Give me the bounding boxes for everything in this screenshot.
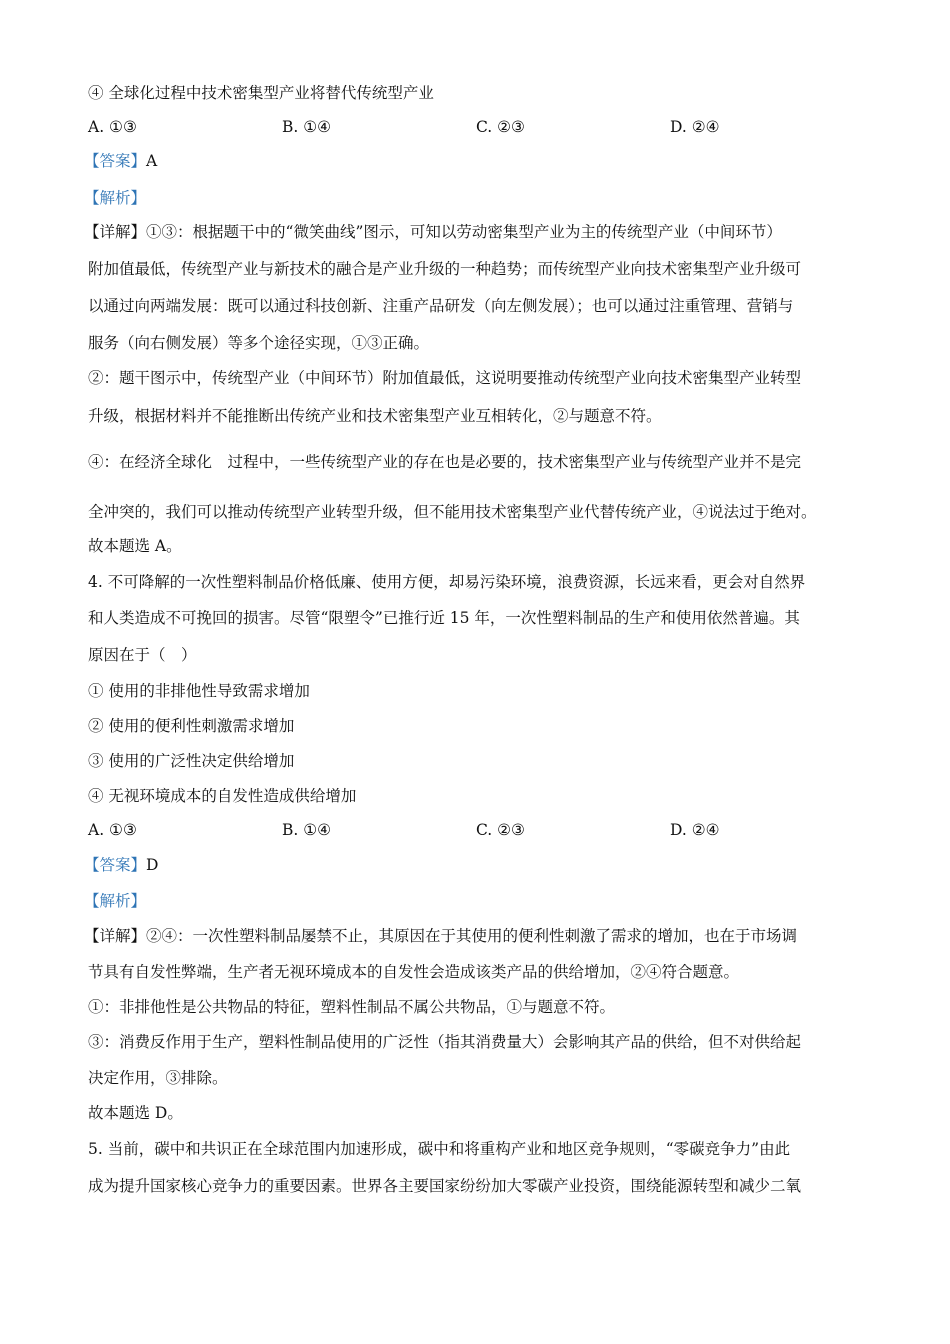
q3-choice-b: B. ①④ (282, 117, 331, 137)
q4-detail-line-3: ①：非排他性是公共物品的特征，塑料性制品不属公共物品，①与题意不符。 (88, 997, 615, 1017)
answer-value: D (146, 856, 158, 874)
q4-choice-b: B. ①④ (282, 820, 331, 840)
q3-choice-a: A. ①③ (88, 117, 137, 137)
answer-label: 【答案】 (84, 856, 146, 874)
q3-answer: 【答案】A (84, 151, 157, 171)
q3-detail-line-4: 服务（向右侧发展）等多个途径实现，①③正确。 (88, 333, 429, 353)
q4-choice-c: C. ②③ (476, 820, 525, 840)
q4-option-3: ③ 使用的广泛性决定供给增加 (88, 751, 294, 771)
q4-stem-line-3: 原因在于（ ） (88, 645, 197, 665)
q4-stem-line-2: 和人类造成不可挽回的损害。尽管“限塑令”已推行近 15 年，一次性塑料制品的生产… (88, 608, 800, 628)
q3-detail-line-2: 附加值最低，传统型产业与新技术的融合是产业升级的一种趋势；而传统型产业向技术密集… (88, 259, 801, 279)
q4-analysis-label: 【解析】 (84, 891, 146, 911)
analysis-label: 【解析】 (84, 189, 146, 207)
q4-option-2: ② 使用的便利性刺激需求增加 (88, 716, 294, 736)
answer-label: 【答案】 (84, 152, 146, 170)
detail-text: ①③：根据题干中的“微笑曲线”图示，可知以劳动密集型产业为主的传统型产业（中间环… (146, 223, 782, 241)
q3-choice-c: C. ②③ (476, 117, 525, 137)
q4-conclusion: 故本题选 D。 (88, 1103, 183, 1123)
q4-answer: 【答案】D (84, 855, 158, 875)
detail-text: ②④：一次性塑料制品屡禁不止，其原因在于其使用的便利性刺激了需求的增加，也在于市… (146, 927, 797, 945)
q3-detail-line-3: 以通过向两端发展：既可以通过科技创新、注重产品研发（向左侧发展）；也可以通过注重… (88, 296, 793, 316)
q4-option-1: ① 使用的非排他性导致需求增加 (88, 681, 310, 701)
q4-detail-line-4: ③：消费反作用于生产，塑料性制品使用的广泛性（指其消费量大）会影响其产品的供给，… (88, 1032, 801, 1052)
q3-detail-line-6: 升级，根据材料并不能推断出传统产业和技术密集型产业互相转化，②与题意不符。 (88, 406, 662, 426)
q3-detail-line-5: ②：题干图示中，传统型产业（中间环节）附加值最低，这说明要推动传统型产业向技术密… (88, 368, 801, 388)
q3-detail-line-1: 【详解】①③：根据题干中的“微笑曲线”图示，可知以劳动密集型产业为主的传统型产业… (84, 222, 782, 242)
q3-analysis-label: 【解析】 (84, 188, 146, 208)
answer-value: A (146, 152, 157, 170)
q3-detail-line-8: 全冲突的，我们可以推动传统型产业转型升级，但不能用技术密集型产业代替传统产业，④… (88, 502, 817, 522)
q4-detail-line-1: 【详解】②④：一次性塑料制品屡禁不止，其原因在于其使用的便利性刺激了需求的增加，… (84, 926, 797, 946)
q5-stem-line-2: 成为提升国家核心竞争力的重要因素。世界各主要国家纷纷加大零碳产业投资，围绕能源转… (88, 1176, 801, 1196)
detail-label: 【详解】 (84, 927, 146, 945)
q3-conclusion: 故本题选 A。 (88, 536, 182, 556)
q5-stem-line-1: 5. 当前，碳中和共识正在全球范围内加速形成，碳中和将重构产业和地区竞争规则，“… (88, 1139, 790, 1159)
q4-detail-line-5: 决定作用，③排除。 (88, 1068, 228, 1088)
q4-option-4: ④ 无视环境成本的自发性造成供给增加 (88, 786, 356, 806)
q4-choice-a: A. ①③ (88, 820, 137, 840)
q4-detail-line-2: 节具有自发性弊端，生产者无视环境成本的自发性会造成该类产品的供给增加，②④符合题… (88, 962, 739, 982)
q3-choice-d: D. ②④ (670, 117, 720, 137)
analysis-label: 【解析】 (84, 892, 146, 910)
detail-label: 【详解】 (84, 223, 146, 241)
q4-choice-d: D. ②④ (670, 820, 720, 840)
q4-stem-line-1: 4. 不可降解的一次性塑料制品价格低廉、使用方便，却易污染环境，浪费资源，长远来… (88, 572, 805, 592)
q3-detail-line-7: ④：在经济全球化 过程中，一些传统型产业的存在也是必要的，技术密集型产业与传统型… (88, 452, 801, 472)
q3-option-4: ④ 全球化过程中技术密集型产业将替代传统型产业 (88, 83, 434, 103)
